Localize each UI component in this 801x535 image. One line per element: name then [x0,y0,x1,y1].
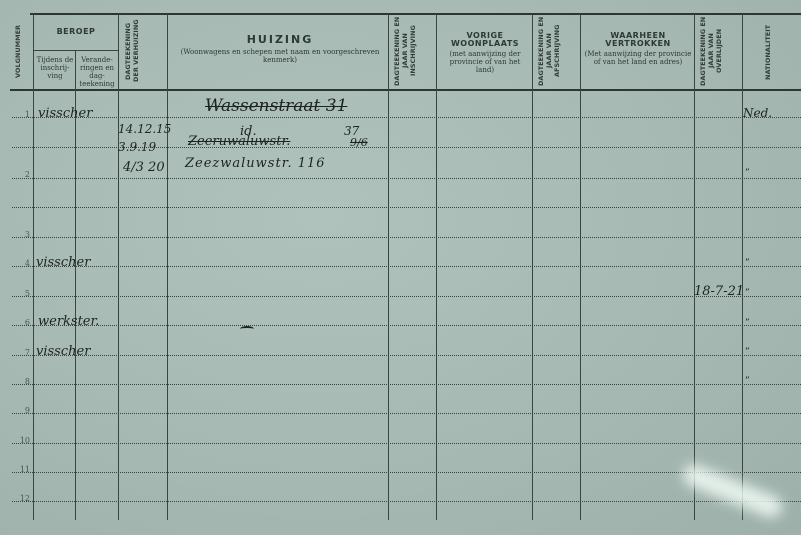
header-bottom-rule [10,89,801,91]
header-volgnummer: VOLGNUMMER [14,20,26,82]
row-number: 10 [14,436,30,445]
col-rule [388,14,389,520]
scan-glare [680,461,786,521]
nationality-row1: Ned. [743,106,772,120]
header-waarheen: WAARHEEN VERTROKKEN (Met aanwijzing der … [584,32,692,66]
row-number: 4 [14,259,30,268]
row-number: 12 [14,494,30,503]
occupation-row1: visscher [38,106,92,121]
move-date-2: 3.9.19 [118,140,156,154]
row-rule [12,384,801,385]
row-number: 6 [14,318,30,327]
row-rule [12,501,801,502]
row-number: 5 [14,289,30,298]
row-rule [12,325,801,326]
header-dagteekening-verhuizing: DAGTEEKENING DER VERHUIZING [124,18,162,84]
pen-mark [240,326,254,332]
ditto-mark: ” [745,318,750,328]
header-waarheen-title: WAARHEEN VERTROKKEN [584,32,692,48]
address-1: Wassenstraat 31 [205,96,347,116]
row-rule [12,296,801,297]
header-nationaliteit: NATIONALITEIT [764,20,776,84]
col-rule [33,14,34,520]
col-rule [118,14,119,520]
header-beroep: BEROEP [34,28,118,36]
header-huizing-title: HUIZING [180,36,380,44]
move-date-3: 4/3 20 [123,160,165,175]
address-4: Zeezwaluwstr. 116 [185,156,326,171]
col-rule [436,14,437,520]
header-vorige-title: VORIGE WOONPLAATS [440,32,530,48]
occupation-row7: visscher [36,344,90,359]
row-number: 11 [14,465,30,474]
header-huizing-sub: (Woonwagens en schepen met naam en voorg… [180,48,380,64]
header-waarheen-sub: (Met aanwijzing der provincie of van het… [584,50,692,66]
header-huizing: HUIZING (Woonwagens en schepen met naam … [180,36,380,64]
register-card: VOLGNUMMER BEROEP Tijdens de inschrij- v… [0,0,801,535]
ditto-mark: ” [745,376,750,386]
header-inschrijving: DAGTEEKENING EN JAAR VAN INSCHRIJVING [393,16,431,86]
row-rule [12,207,801,208]
address-3: Zeeruwaluwstr. [188,134,290,149]
header-top-rule [30,13,801,15]
ditto-mark: ” [745,168,750,178]
row-number: 8 [14,377,30,386]
row-rule [12,413,801,414]
row-number: 2 [14,170,30,179]
move-date-1: 14.12.15 [118,122,171,136]
row-number: 3 [14,230,30,239]
col-rule [580,14,581,520]
row-rule [12,443,801,444]
occupation-row6: werkster. [38,314,99,329]
col-rule [742,14,743,520]
header-overlijden: DAGTEEKENING EN JAAR VAN OVERLIJDEN [699,16,737,86]
col-rule [532,14,533,520]
header-beroep-tijdens: Tijdens de inschrij- ving [35,56,75,80]
occupation-row4: visscher [36,255,90,270]
col-rule [167,14,168,520]
row-rule [12,178,801,179]
header-vorige-sub: (met aanwijzing der provincie of van het… [440,50,530,74]
header-beroep-title: BEROEP [57,27,96,36]
ditto-mark: ” [745,258,750,268]
address-3-number-old: 9/6 [350,136,368,149]
header-afschrijving: DAGTEEKENING EN JAAR VAN AFSCHRIJVING [537,16,575,86]
header-beroep-veranderingen: Verande- ringen en dag- teekening [76,56,118,88]
ditto-mark: ” [745,288,750,298]
row-rule [12,237,801,238]
death-date-row5: 18-7-21 [694,284,744,299]
header-vorige: VORIGE WOONPLAATS (met aanwijzing der pr… [440,32,530,74]
row-rule [12,117,801,118]
ditto-mark: ” [745,347,750,357]
row-rule [12,355,801,356]
row-rule [12,266,801,267]
row-number: 7 [14,348,30,357]
row-number: 1 [14,110,30,119]
row-number: 9 [14,406,30,415]
col-rule [694,14,695,520]
